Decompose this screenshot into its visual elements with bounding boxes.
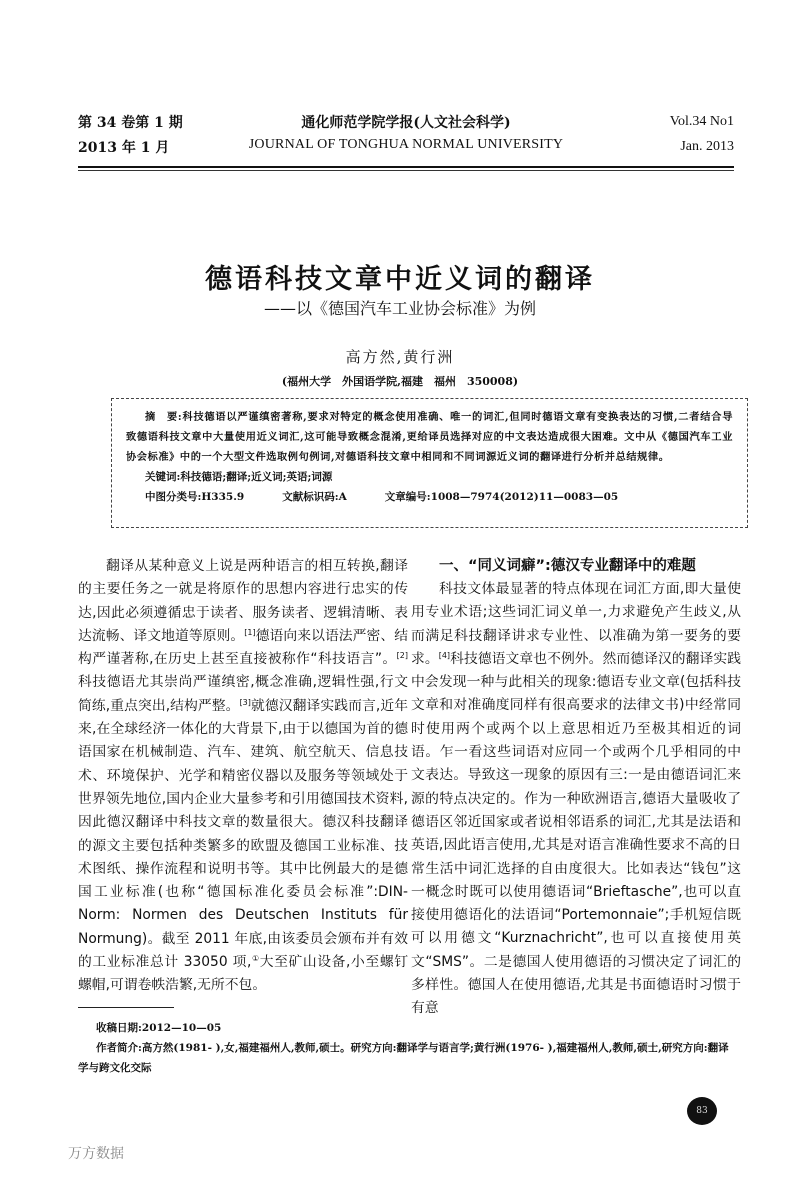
journal-name-cn: 通化师范学院学报(人文社会科学)	[78, 112, 734, 132]
text-run: 科技德语文章也不例外。然而德译汉的翻译实践中会发现一种与此相关的现象:德语专业文…	[411, 651, 741, 1016]
received-date: 收稿日期:2012—10—05	[78, 1018, 738, 1038]
keywords-label: 关键词:	[145, 471, 180, 483]
journal-header: 第 34 卷第 1 期 2013 年 1 月 通化师范学院学报(人文社会科学) …	[78, 112, 734, 162]
abstract-box: 摘 要:科技德语以严谨缜密著称,要求对特定的概念使用准确、唯一的词汇,但同时德语…	[111, 398, 748, 528]
citation-ref: [2]	[397, 651, 408, 660]
text-run: 就德汉翻译实践而言,近年来,在全球经济一体化的大背景下,由于以德国为首的德语国家…	[78, 698, 408, 970]
footnote-ref: ①	[251, 954, 259, 963]
keywords: 关键词:科技德语;翻译;近义词;英语;词源	[126, 467, 733, 487]
header-rule-thick	[78, 166, 734, 168]
abstract-text: 科技德语以严谨缜密著称,要求对特定的概念使用准确、唯一的词汇,但同时德语文章有变…	[126, 411, 733, 463]
authors: 高方然,黄行洲	[0, 346, 800, 367]
classification-line: 中图分类号:H335.9文献标识码:A文章编号:1008—7974(2012)1…	[126, 487, 733, 507]
journal-name-en: JOURNAL OF TONGHUA NORMAL UNIVERSITY	[78, 137, 734, 153]
intro-paragraph: 翻译从某种意义上说是两种语言的相互转换,翻译的主要任务之一就是将原作的思想内容进…	[78, 555, 408, 998]
received-value: 2012—10—05	[142, 1022, 221, 1034]
body-column-right: 一、“同义词癖”:德汉专业翻译中的难题 科技文体最显著的特点体现在词汇方面,即大…	[411, 555, 741, 1021]
watermark: 万方数据	[68, 1143, 124, 1163]
header-rule-thin	[78, 170, 734, 171]
received-label: 收稿日期:	[96, 1022, 142, 1034]
abstract: 摘 要:科技德语以严谨缜密著称,要求对特定的概念使用准确、唯一的词汇,但同时德语…	[126, 407, 733, 467]
citation-ref: [3]	[240, 698, 251, 707]
author-bio: 作者简介:高方然(1981- ),女,福建福州人,教师,硕士。研究方向:翻译学与…	[78, 1038, 738, 1078]
article-subtitle: ——以《德国汽车工业协会标准》为例	[0, 296, 800, 319]
section-paragraph: 科技文体最显著的特点体现在词汇方面,即大量使用专业术语;这些词汇词义单一,力求避…	[411, 578, 741, 1021]
affiliation: (福州大学 外国语学院,福建 福州 350008)	[0, 373, 800, 389]
citation-ref: [1]	[244, 628, 255, 637]
clc-value: H335.9	[201, 491, 244, 503]
article-no-value: 1008—7974(2012)11—0083—05	[431, 491, 619, 503]
doc-code-label: 文献标识码:	[282, 491, 338, 503]
abstract-label: 摘 要:	[145, 411, 182, 423]
article-title: 德语科技文章中近义词的翻译	[0, 257, 800, 296]
page-number-badge: 83	[687, 1097, 717, 1125]
section-heading: 一、“同义词癖”:德汉专业翻译中的难题	[411, 555, 741, 578]
doc-code-value: A	[339, 491, 347, 503]
article-no-label: 文章编号:	[385, 491, 431, 503]
bio-label: 作者简介:	[78, 1042, 142, 1054]
footnote-rule	[78, 1007, 174, 1008]
citation-ref: [4]	[439, 651, 450, 660]
clc-label: 中图分类号:	[145, 491, 201, 503]
bio-value: 高方然(1981- ),女,福建福州人,教师,硕士。研究方向:翻译学与语言学;黄…	[78, 1042, 729, 1074]
date-en: Jan. 2013	[680, 139, 734, 155]
footnote: 收稿日期:2012—10—05 作者简介:高方然(1981- ),女,福建福州人…	[78, 1018, 738, 1078]
body-column-left: 翻译从某种意义上说是两种语言的相互转换,翻译的主要任务之一就是将原作的思想内容进…	[78, 555, 408, 998]
volume-issue-en: Vol.34 No1	[670, 114, 734, 130]
keywords-value: 科技德语;翻译;近义词;英语;词源	[180, 471, 332, 483]
